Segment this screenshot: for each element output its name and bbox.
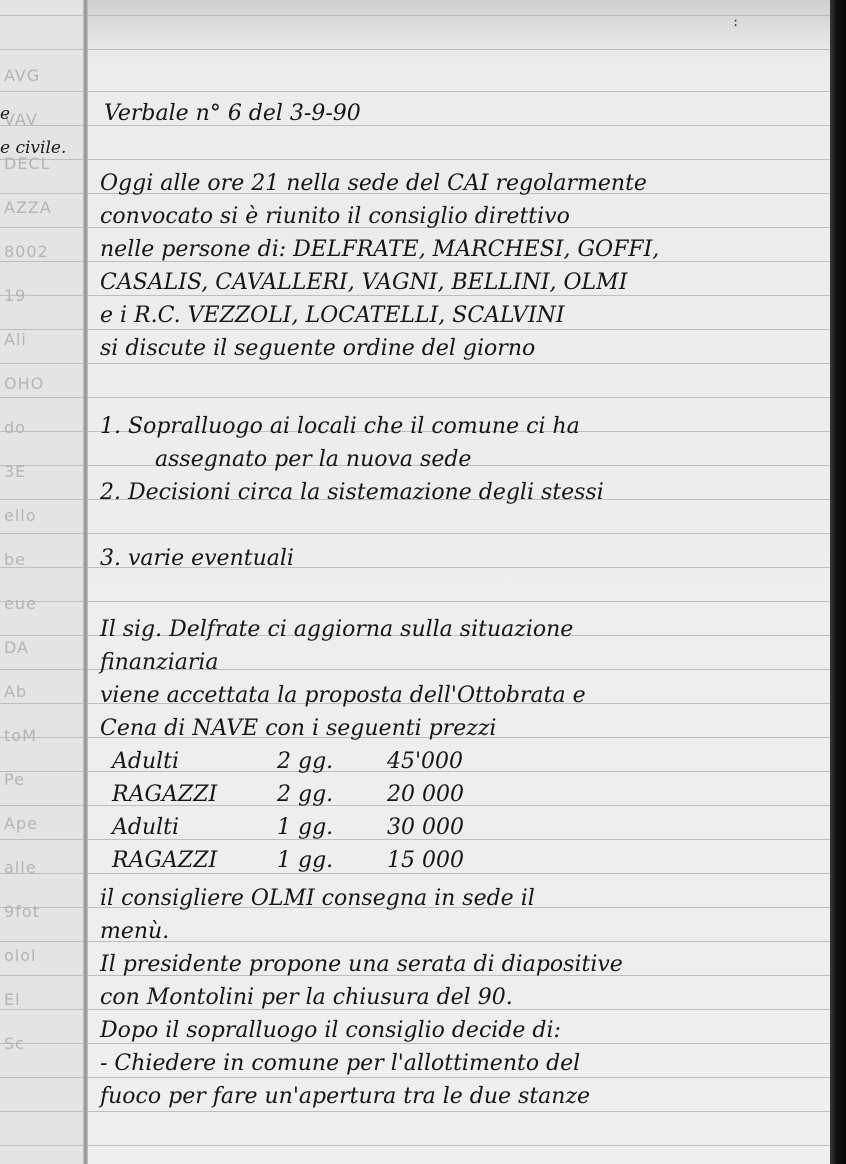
text-line: Il presidente propone una serata di diap… bbox=[100, 948, 820, 981]
text-line: nelle persone di: DELFRATE, MARCHESI, GO… bbox=[100, 233, 820, 266]
bleed-through-text: olol bbox=[4, 946, 36, 965]
text-line: convocato si è riunito il consiglio dire… bbox=[100, 200, 820, 233]
bleed-through-text: Ali bbox=[4, 330, 27, 349]
agenda-item-1: 1. Sopralluogo ai locali che il comune c… bbox=[100, 410, 820, 443]
price-row: Adulti2 gg.45'000 bbox=[112, 745, 832, 778]
text-line: Il sig. Delfrate ci aggiorna sulla situa… bbox=[100, 613, 820, 646]
price-list: Adulti2 gg.45'000 RAGAZZI2 gg.20 000 Adu… bbox=[112, 745, 832, 877]
bleed-through-text: Ab bbox=[4, 682, 27, 701]
bleed-through-text: Ape bbox=[4, 814, 38, 833]
text-line: viene accettata la proposta dell'Ottobra… bbox=[100, 679, 820, 712]
text-line: e i R.C. VEZZOLI, LOCATELLI, SCALVINI bbox=[100, 299, 820, 332]
text-line: si discute il seguente ordine del giorno bbox=[100, 332, 820, 365]
agenda-item-1-cont: assegnato per la nuova sede bbox=[100, 443, 820, 476]
bleed-through-text: AVG bbox=[4, 66, 40, 85]
margin-note: e civile. bbox=[0, 138, 66, 158]
bleed-through-text: Sc bbox=[4, 1034, 25, 1053]
agenda-item-2: 2. Decisioni circa la sistemazione degli… bbox=[100, 476, 820, 509]
margin-note: e bbox=[0, 104, 10, 124]
price-row: Adulti1 gg.30 000 bbox=[112, 811, 832, 844]
text-line: CASALIS, CAVALLERI, VAGNI, BELLINI, OLMI bbox=[100, 266, 820, 299]
bleed-through-text: toM bbox=[4, 726, 37, 745]
bleed-through-text: ello bbox=[4, 506, 37, 525]
price-row: RAGAZZI2 gg.20 000 bbox=[112, 778, 832, 811]
text-line: - Chiedere in comune per l'allottimento … bbox=[100, 1047, 820, 1080]
bleed-through-text: 3E bbox=[4, 462, 26, 481]
bleed-through-text: alle bbox=[4, 858, 37, 877]
bleed-through-text: 9fot bbox=[4, 902, 40, 921]
closing-paragraph: il consigliere OLMI consegna in sede il … bbox=[100, 882, 820, 1113]
text-line: il consigliere OLMI consegna in sede il bbox=[100, 882, 820, 915]
bleed-through-text: 8002 bbox=[4, 242, 49, 261]
bleed-through-text: OHO bbox=[4, 374, 44, 393]
bleed-through-text: AZZA bbox=[4, 198, 52, 217]
bleed-through-text: DA bbox=[4, 638, 29, 657]
bleed-through-text: Pe bbox=[4, 770, 25, 789]
bleed-through-text: El bbox=[4, 990, 21, 1009]
binding-line bbox=[83, 0, 88, 1164]
text-line: Dopo il sopralluogo il consiglio decide … bbox=[100, 1014, 820, 1047]
text-line: fuoco per fare un'apertura tra le due st… bbox=[100, 1080, 820, 1113]
bleed-through-text: eue bbox=[4, 594, 37, 613]
text-line: con Montolini per la chiusura del 90. bbox=[100, 981, 820, 1014]
price-row: RAGAZZI1 gg.15 000 bbox=[112, 844, 832, 877]
body-paragraph: Il sig. Delfrate ci aggiorna sulla situa… bbox=[100, 613, 820, 745]
bleed-through-text: 19 bbox=[4, 286, 26, 305]
agenda-item-3: 3. varie eventuali bbox=[100, 542, 820, 575]
scan-right-edge bbox=[830, 0, 846, 1164]
speck-mark: : bbox=[733, 14, 738, 30]
text-line: menù. bbox=[100, 915, 820, 948]
text-line: finanziaria bbox=[100, 646, 820, 679]
notebook-page: : AVGVAVDECLAZZA800219AliOHOdo3Eellobeeu… bbox=[0, 0, 846, 1164]
text-line: Cena di NAVE con i seguenti prezzi bbox=[100, 712, 820, 745]
minutes-heading: Verbale n° 6 del 3-9-90 bbox=[104, 97, 824, 130]
bleed-through-text: do bbox=[4, 418, 26, 437]
agenda-list: 1. Sopralluogo ai locali che il comune c… bbox=[100, 410, 820, 575]
text-line: Oggi alle ore 21 nella sede del CAI rego… bbox=[100, 167, 820, 200]
opening-paragraph: Oggi alle ore 21 nella sede del CAI rego… bbox=[100, 167, 820, 365]
bleed-through-text: be bbox=[4, 550, 26, 569]
